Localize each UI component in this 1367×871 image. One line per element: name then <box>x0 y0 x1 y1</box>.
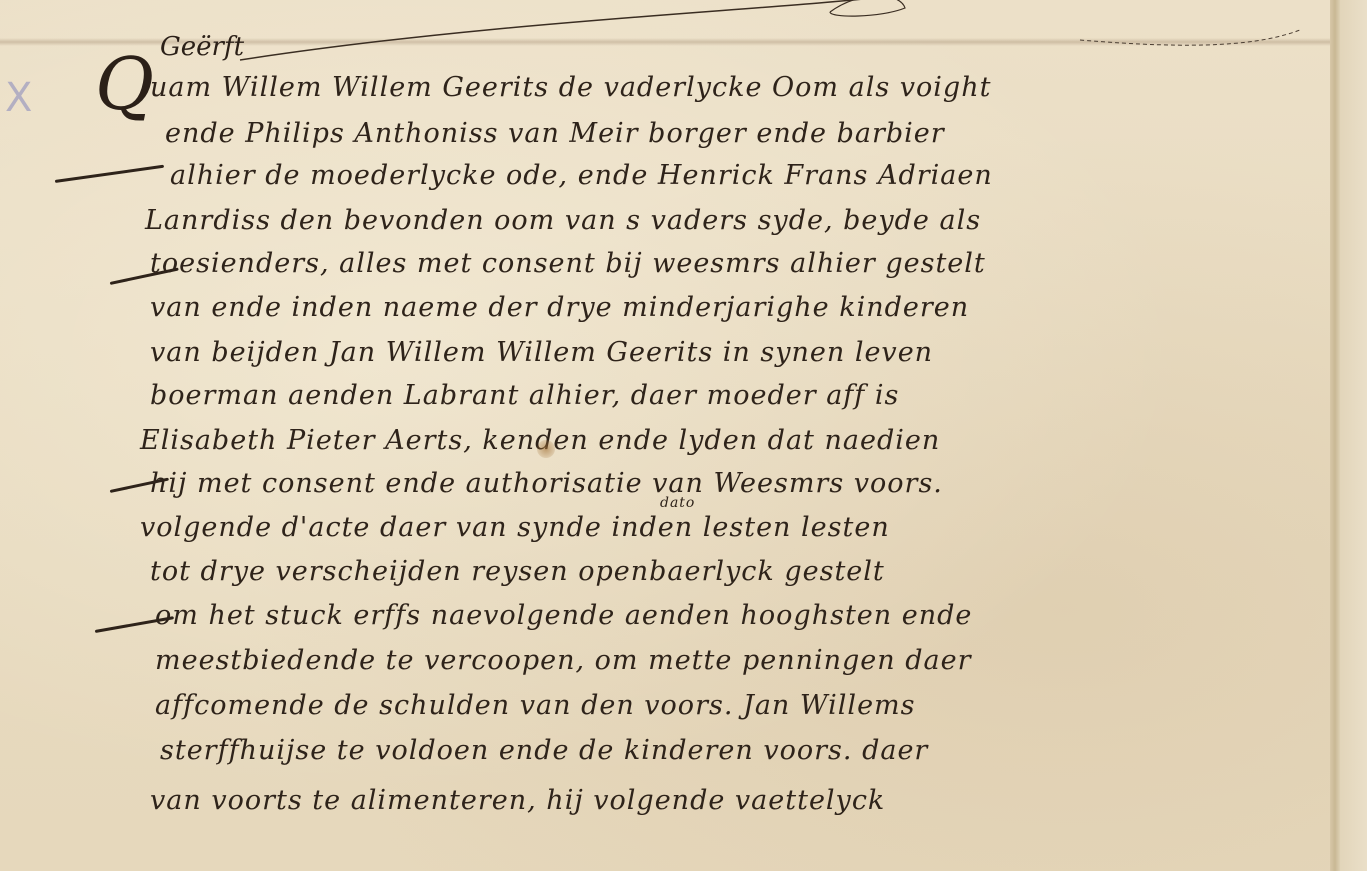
text-line: van voorts te alimenteren, hij volgende … <box>150 785 885 816</box>
text-line: meestbiedende te vercoopen, om mette pen… <box>155 645 972 676</box>
adjacent-page-edge: de tae pill ber dee dep con for ach dep … <box>1340 0 1367 871</box>
text-line: hij met consent ende authorisatie van We… <box>150 468 943 499</box>
text-line: van ende inden naeme der drye minderjari… <box>150 292 969 323</box>
interlinear-note: dato <box>660 495 695 511</box>
line-filler-stroke <box>55 165 164 183</box>
manuscript-page: X Q Geërft uam Willem Willem Geerits de … <box>0 0 1330 871</box>
heading-annotation: Geërft <box>160 32 244 62</box>
binding-gutter <box>1330 0 1340 871</box>
text-line: boerman aenden Labrant alhier, daer moed… <box>150 380 899 411</box>
text-line: uam Willem Willem Geerits de vaderlycke … <box>150 72 991 103</box>
text-line: van beijden Jan Willem Willem Geerits in… <box>150 337 933 368</box>
text-line: sterffhuijse te voldoen ende de kinderen… <box>160 735 928 766</box>
text-line: volgende d'acte daer van synde inden les… <box>140 512 890 543</box>
text-line: alhier de moederlycke ode, ende Henrick … <box>170 160 993 191</box>
text-line: tot drye verscheijden reysen openbaerlyc… <box>150 556 885 587</box>
margin-pencil-mark: X <box>5 75 45 145</box>
text-line: Lanrdiss den bevonden oom van s vaders s… <box>145 205 981 236</box>
ink-stain <box>537 440 555 458</box>
text-line: affcomende de schulden van den voors. Ja… <box>155 690 916 721</box>
text-line: om het stuck erffs naevolgende aenden ho… <box>155 600 972 631</box>
decorative-initial: Q <box>95 42 154 126</box>
text-line: ende Philips Anthoniss van Meir borger e… <box>165 118 945 149</box>
text-line: toesienders, alles met consent bij weesm… <box>150 248 986 279</box>
